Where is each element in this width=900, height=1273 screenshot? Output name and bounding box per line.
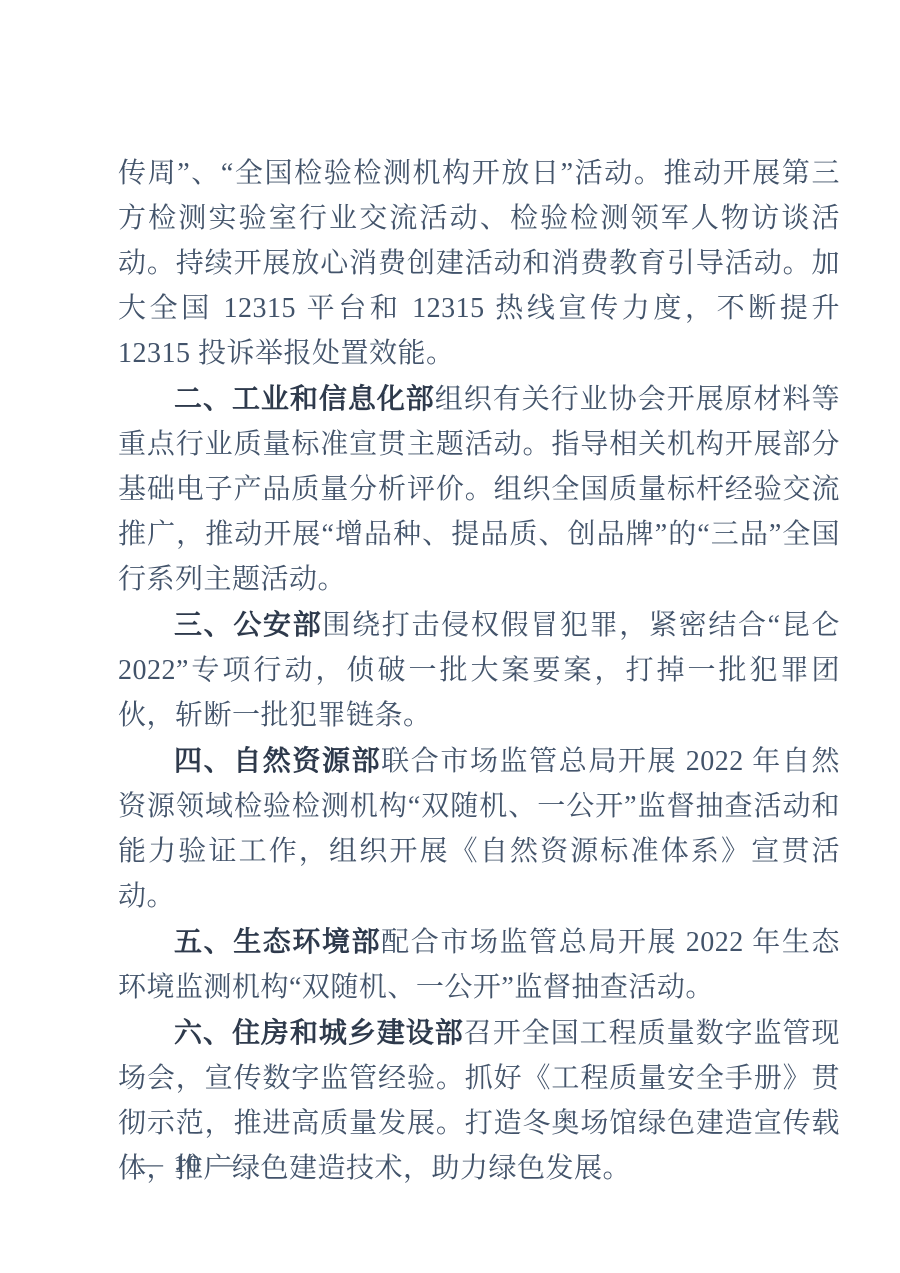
ministry-lead-ecology-environment: 五、生态环境部 — [174, 926, 381, 957]
paragraph-natural-resources: 四、自然资源部联合市场监管总局开展 2022 年自然资源领域检验检测机构“双随机… — [118, 738, 840, 919]
paragraph-text: 组织有关行业协会开展原材料等重点行业质量标准宣贯主题活动。指导相关机构开展部分基… — [118, 384, 840, 595]
ministry-lead-natural-resources: 四、自然资源部 — [174, 745, 381, 776]
document-body: 传周”、“全国检验检测机构开放日”活动。推动开展第三方检测实验室行业交流活动、检… — [118, 150, 840, 1191]
paragraph-continuation: 传周”、“全国检验检测机构开放日”活动。推动开展第三方检测实验室行业交流活动、检… — [118, 150, 840, 376]
paragraph-miit: 二、工业和信息化部组织有关行业协会开展原材料等重点行业质量标准宣贯主题活动。指导… — [118, 376, 840, 602]
paragraph-text: 传周”、“全国检验检测机构开放日”活动。推动开展第三方检测实验室行业交流活动、检… — [118, 158, 840, 369]
page-number: — 10 — — [138, 1150, 238, 1180]
ministry-lead-housing-construction: 六、住房和城乡建设部 — [174, 1017, 464, 1048]
paragraph-ecology-environment: 五、生态环境部配合市场监管总局开展 2022 年生态环境监测机构“双随机、一公开… — [118, 919, 840, 1010]
document-page: 传周”、“全国检验检测机构开放日”活动。推动开展第三方检测实验室行业交流活动、检… — [0, 0, 900, 1273]
ministry-lead-miit: 二、工业和信息化部 — [174, 383, 435, 414]
ministry-lead-public-security: 三、公安部 — [174, 609, 322, 640]
paragraph-public-security: 三、公安部围绕打击侵权假冒犯罪，紧密结合“昆仑 2022”专项行动，侦破一批大案… — [118, 602, 840, 738]
